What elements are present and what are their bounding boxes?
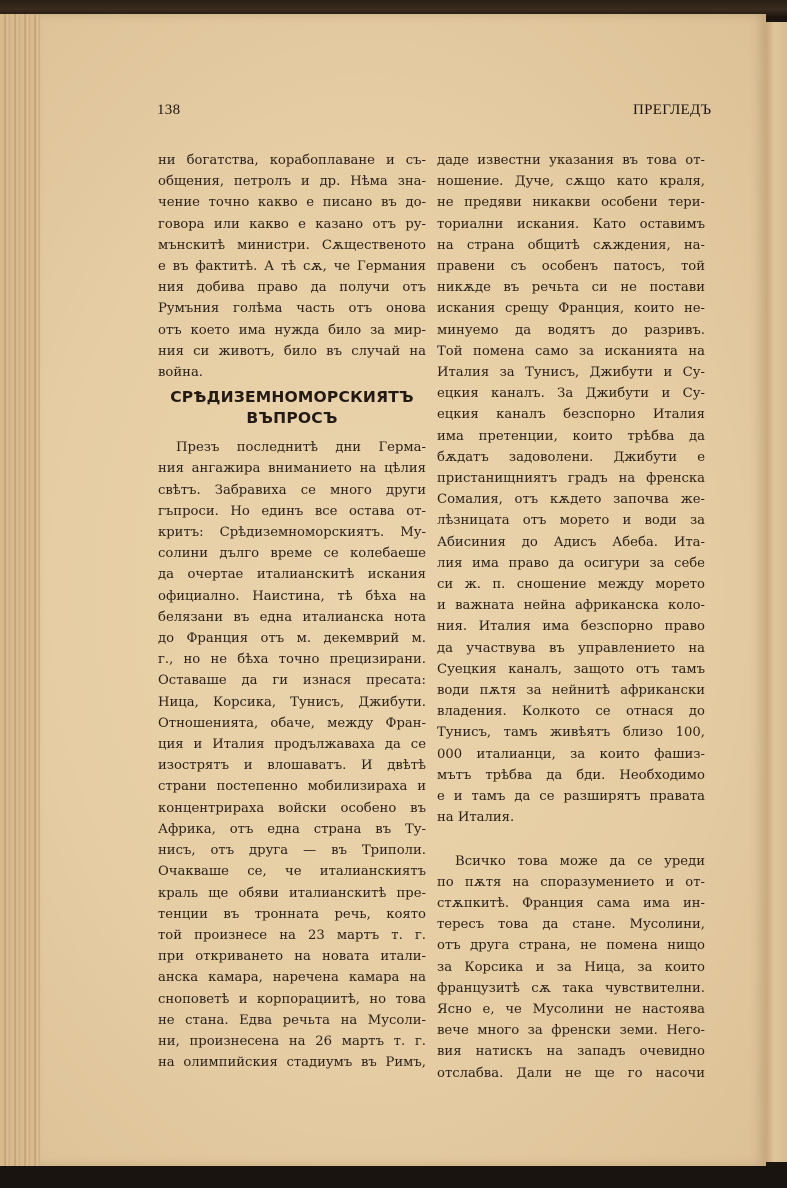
text-line: Италия за Тунисъ, Джибути и Су- <box>437 362 705 383</box>
text-line: ния. Италия има безспорно право <box>437 616 705 637</box>
text-line: мънскитѣ министри. Сѫщественото <box>158 235 426 256</box>
text-line: Африка, отъ една страна въ Ту- <box>158 819 426 840</box>
text-line: солини дълго време се колебаеше <box>158 543 426 564</box>
paragraph: Всичко това може да се уреди по пѫтя на … <box>437 851 705 1084</box>
text-line: ецкия каналъ. За Джибути и Су- <box>437 383 705 404</box>
text-line: ни, произнесена на 26 мартъ т. г. <box>158 1031 426 1052</box>
text-line: бѫдатъ задоволени. Джибути е <box>437 447 705 468</box>
running-title: ПРЕГЛЕДЪ <box>633 102 711 119</box>
text-line: ния добива право да получи отъ <box>158 277 426 298</box>
text-line: на страна общитѣ сѫждения, на- <box>437 235 705 256</box>
text-line: ношение. Дуче, сѫщо като краля, <box>437 171 705 192</box>
text-line: да участвува въ управлението на <box>437 638 705 659</box>
paragraph: ни богатства, корабоплаване и съ- общени… <box>158 150 426 383</box>
text-line: си ж. п. сношение между морето <box>437 574 705 595</box>
text-line: той произнесе на 23 мартъ т. г. <box>158 925 426 946</box>
text-line: да очертае италианскитѣ искания <box>158 564 426 585</box>
text-line: Отношенията, обаче, между Фран- <box>158 713 426 734</box>
text-line: ния ангажира вниманието на цѣлия <box>158 458 426 479</box>
text-line: Той помена само за исканията на <box>437 341 705 362</box>
text-line: критъ: Срѣдиземноморскиятъ. Му- <box>158 522 426 543</box>
text-line: вече много за френски земи. Него- <box>437 1020 705 1041</box>
text-line: официално. Наистина, тѣ бѣха на <box>158 586 426 607</box>
text-line: вия натискъ на западъ очевидно <box>437 1041 705 1062</box>
text-line: стѫпкитѣ. Франция сама има ин- <box>437 893 705 914</box>
right-column: даде известни указания въ това от- ношен… <box>437 150 705 1084</box>
text-line: отъ което има нужда било за мир- <box>158 320 426 341</box>
paragraph: даде известни указания въ това от- ношен… <box>437 150 705 829</box>
text-line: отъ друга страна, не помена нищо <box>437 935 705 956</box>
text-line: отслабва. Дали не ще го насочи <box>437 1063 705 1084</box>
text-line: Презъ последнитѣ дни Герма- <box>158 437 426 458</box>
text-line: гъпроси. Но единъ все остава от- <box>158 501 426 522</box>
text-line: не предяви никакви особени тери- <box>437 192 705 213</box>
text-line: за Корсика и за Ница, за които <box>437 957 705 978</box>
text-line: ция и Италия продължаваха да се <box>158 734 426 755</box>
text-line: има претенции, които трѣбва да <box>437 426 705 447</box>
text-line: при откриването на новата итали- <box>158 946 426 967</box>
text-line: ния си животъ, било въ случай на <box>158 341 426 362</box>
text-line: ториални искания. Като оставимъ <box>437 214 705 235</box>
text-line: даде известни указания въ това от- <box>437 150 705 171</box>
text-line: по пѫтя на споразумението и от- <box>437 872 705 893</box>
text-line: сноповетѣ и корпорациитѣ, но това <box>158 989 426 1010</box>
next-page-edge <box>766 22 787 1162</box>
text-line: война. <box>158 362 426 383</box>
text-line: никѫде въ речьта си не постави <box>437 277 705 298</box>
text-line: краль ще обяви италианскитѣ пре- <box>158 883 426 904</box>
text-line: пристанищниятъ градъ на френска <box>437 468 705 489</box>
page-stack-edge <box>0 14 45 1166</box>
paragraph: Презъ последнитѣ дни Герма- ния ангажира… <box>158 437 426 1073</box>
text-line: белязани въ една италианска нота <box>158 607 426 628</box>
text-line: искания срещу Франция, които не- <box>437 298 705 319</box>
text-line: на Италия. <box>437 807 705 828</box>
text-line: лѣзницата отъ морето и води за <box>437 510 705 531</box>
text-line: ни богатства, корабоплаване и съ- <box>158 150 426 171</box>
text-line: и важната нейна африканска коло- <box>437 595 705 616</box>
text-line: Тунисъ, тамъ живѣятъ близо 100, <box>437 722 705 743</box>
text-line: тенции въ тронната речь, която <box>158 904 426 925</box>
text-line: анска камара, наречена камара на <box>158 967 426 988</box>
text-line: г., но не бѣха точно прецизирани. <box>158 649 426 670</box>
text-line: нисъ, отъ друга — въ Триполи. <box>158 840 426 861</box>
page-number: 138 <box>157 102 180 119</box>
text-line: общения, петролъ и др. Нѣма зна- <box>158 171 426 192</box>
text-line: владения. Колкото се отнася до <box>437 701 705 722</box>
left-column: ни богатства, корабоплаване и съ- общени… <box>158 150 426 1073</box>
text-line: до Франция отъ м. декемврий м. <box>158 628 426 649</box>
text-line: правени съ особенъ патосъ, той <box>437 256 705 277</box>
text-line: Сомалия, отъ кѫдето започва же- <box>437 489 705 510</box>
text-line: не стана. Едва речьта на Мусоли- <box>158 1010 426 1031</box>
text-line: чение точно какво е писано въ до- <box>158 192 426 213</box>
text-line: концентрираха войски особено въ <box>158 798 426 819</box>
heading-line: ВЪПРОСЪ <box>158 408 426 429</box>
text-line: мътъ трѣбва да бди. Необходимо <box>437 765 705 786</box>
text-line: свѣтъ. Забравиха се много други <box>158 480 426 501</box>
heading-line: СРѢДИЗЕМНОМОРСКИЯТЪ <box>158 387 426 408</box>
text-line: говора или какво е казано отъ ру- <box>158 214 426 235</box>
text-line: 000 италианци, за които фашиз- <box>437 744 705 765</box>
text-line: Очакваше се, че италианскиятъ <box>158 861 426 882</box>
book-binding-bottom <box>0 1166 787 1188</box>
text-line: Ясно е, че Мусолини не настоява <box>437 999 705 1020</box>
text-line: изострятъ и влошаватъ. И двѣтѣ <box>158 755 426 776</box>
text-line: е и тамъ да се разширятъ правата <box>437 786 705 807</box>
text-line: ецкия каналъ безспорно Италия <box>437 404 705 425</box>
text-line: Абисиния до Адисъ Абеба. Ита- <box>437 532 705 553</box>
section-heading: СРѢДИЗЕМНОМОРСКИЯТЪ ВЪПРОСЪ <box>158 387 426 429</box>
text-line: Оставаше да ги изнася пресата: <box>158 670 426 691</box>
text-line: Румъния голѣма часть отъ онова <box>158 298 426 319</box>
text-line: е въ фактитѣ. А тѣ сѫ, че Германия <box>158 256 426 277</box>
text-line: Суецкия каналъ, защото отъ тамъ <box>437 659 705 680</box>
text-line: Ница, Корсика, Тунисъ, Джибути. <box>158 692 426 713</box>
text-line: тересъ това да стане. Мусолини, <box>437 914 705 935</box>
text-line: на олимпийския стадиумъ въ Римъ, <box>158 1052 426 1073</box>
text-line: води пѫтя за нейнитѣ африкански <box>437 680 705 701</box>
text-line: лия има право да осигури за себе <box>437 553 705 574</box>
text-line: Всичко това може да се уреди <box>437 851 705 872</box>
text-line: французитѣ сѫ така чувствителни. <box>437 978 705 999</box>
text-line: минуемо да водятъ до разривъ. <box>437 320 705 341</box>
paragraph-gap <box>437 829 705 851</box>
text-line: страни постепенно мобилизираха и <box>158 776 426 797</box>
